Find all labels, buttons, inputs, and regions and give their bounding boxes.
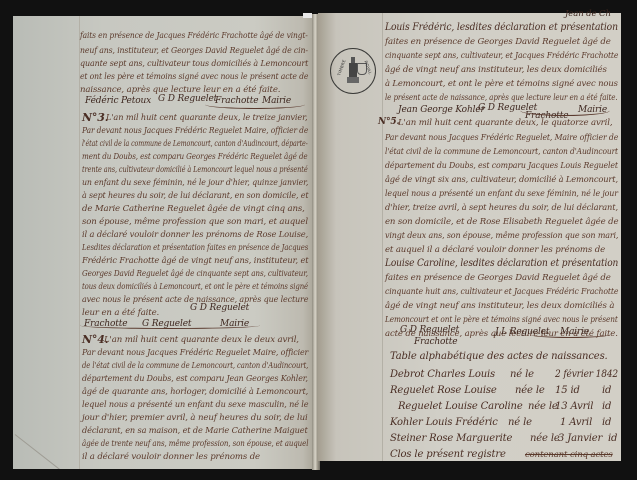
entry-line: d'hier, treize avril, à sept heures du s… [385,204,618,213]
entry-line: âgé de quarante ans, horloger, domicilié… [82,388,308,397]
entry-line: en son domicile, et de Rose Elisabeth Re… [385,218,618,227]
entry-line: L'an mil huit cent quarante deux, le qua… [398,119,612,128]
entry-line: jour d'hier, premier avril, à neuf heure… [82,414,308,423]
index-closing-struck: contenant cinq actes [525,451,613,460]
entry-line: lequel nous a présenté un enfant du sexe… [385,190,618,199]
entry-line: cinquante sept ans, cultivateur, et Jacq… [385,52,618,61]
signature-flourish [520,105,610,116]
entry-line: département du Doubs, est comparu Jacque… [385,162,618,171]
entry-line: de l'état civil de la commune de Lemonco… [82,362,308,371]
entry-line: un enfant du sexe féminin, né le jour d'… [82,179,308,188]
entry-line: Georges David Reguelet âgé de cinquante … [82,270,308,279]
signature: Fédéric Petoux [85,97,151,106]
left-continuation-line: et ont les père et témoins signé avec no… [80,73,308,82]
entry-line: ment du Doubs, est comparu Georges Frédé… [82,153,308,162]
signature: Frachotte [414,338,457,347]
left-continuation-line: faits en présence de Jacques Frédéric Fr… [80,32,308,41]
entry-line: âgé de vingt six ans, cultivateur, domic… [385,176,618,185]
entry-line: faites en présence de Georges David Regu… [385,274,611,283]
entry-line: vingt deux ans, son épouse, même profess… [385,232,618,241]
entry-line: département du Doubs, est comparu Jean G… [82,375,308,384]
entry-line: Par devant nous Jacques Frédéric Reguele… [385,134,618,143]
index-row-name: Reguelet Rose Louise [390,386,497,396]
entry-line: son épouse, même profession que son mari… [82,218,308,227]
entry-line: il a déclaré vouloir donner les prénoms … [82,231,308,240]
index-row-born: née le [528,402,558,412]
entry-line: Louis Frédéric, lesdites déclaration et … [385,23,618,33]
signature: Jean George Kohler [398,106,485,115]
index-row-born: né le [510,370,534,380]
signature: G D Reguelet [190,304,249,313]
entry-line: âgé de vingt neuf ans instituteur, les d… [385,66,607,75]
entry-line: de Marie Catherine Reguelet âgée de ving… [82,205,305,214]
entry-line: L'an mil huit cent quarante deux le deux… [104,336,299,345]
left-continuation-line: neuf ans, instituteur, et Georges David … [80,47,308,56]
page-fold-crease [15,434,63,469]
entry-line: déclarant, en sa maison, et de Marie Cat… [82,427,308,436]
signature: G D Reguelet [400,326,459,335]
entry-line: Par devant nous Jacques Frédéric Reguele… [82,349,308,358]
signature-flourish [530,331,610,338]
entry-line: et auquel il a déclaré vouloir donner le… [385,246,605,255]
corner-note: Jean de Ch [565,10,611,19]
entry-number: N°5. [378,118,400,127]
index-row-name: Steiner Rose Marguerite [390,434,512,444]
page-tab [303,13,312,18]
index-row-date: 13 Avril [555,402,593,412]
index-title: Table alphabétique des actes de naissanc… [390,352,608,362]
index-row-date: 3 Janvier [558,434,602,444]
index-row-date: 15 id [555,386,580,396]
index-row-born: née le [515,386,545,396]
index-row-year: id [602,402,611,412]
entry-line: Par devant nous Jacques Frédéric Reguele… [82,127,308,136]
entry-line: Louise Caroline, lesdites déclaration et… [385,259,618,269]
entry-line: il a déclaré vouloir donner les prénoms … [82,453,260,462]
entry-line: lequel nous a présenté un enfant du sexe… [82,401,308,410]
index-row-born: née le [530,434,560,444]
index-row-born: né le [508,418,532,428]
entry-line: faites en présence de Georges David Regu… [385,38,611,47]
entry-line: Lesdites déclaration et présentation fai… [82,244,308,253]
entry-line: leur en a été faite. [82,309,159,318]
index-row-year: id [602,418,611,428]
entry-line: à sept heures du soir, de lui déclarant,… [82,192,308,201]
entry-number: N°3. [82,112,108,123]
margin-rule [79,16,80,469]
index-closing: Clos le présent registre [390,450,506,460]
signature-flourish [205,100,305,109]
index-row-year: id [602,386,611,396]
entry-line: Lemoncourt et ont le père et témoins sig… [385,316,618,325]
signature-flourish [80,322,260,329]
entry-line: l'état civil de la commune de Lemoncourt… [385,148,618,157]
entry-line: âgé de vingt neuf ans instituteur, les d… [385,302,614,311]
entry-line: tous deux domiciliés à Lemoncourt, et on… [82,283,308,292]
entry-line: le présent acte de naissance, après que … [385,94,618,103]
margin-rule [382,13,383,461]
entry-line: à Lemoncourt, et ont le père et témoins … [385,80,618,89]
index-row-date: 1 Avril [560,418,592,428]
entry-line: Frédéric Frachotte âgé de vingt neuf ans… [82,257,308,266]
entry-line: âgée de trente neuf ans, même profession… [82,440,308,449]
index-row-year: id [608,434,617,444]
royal-tax-stamp: TIMBRE ROYAL [330,48,376,94]
index-row-name: Reguelet Louise Caroline [398,402,523,412]
entry-line: trente ans, cultivateur domicilié à Lemo… [82,166,308,175]
index-row-date: 2 février 1842 [555,370,618,380]
entry-line: L'an mil huit cent quarante deux, le tre… [106,114,307,123]
entry-line: l'état civil de la commune de Lemoncourt… [82,140,308,149]
index-row-name: Debrot Charles Louis [390,370,495,380]
entry-line: cinquante huit ans, cultivateur et Jacqu… [385,288,618,297]
index-row-name: Kohler Louis Frédéric [390,418,498,428]
left-continuation-line: quante sept ans, cultivateur tous domici… [80,60,308,69]
